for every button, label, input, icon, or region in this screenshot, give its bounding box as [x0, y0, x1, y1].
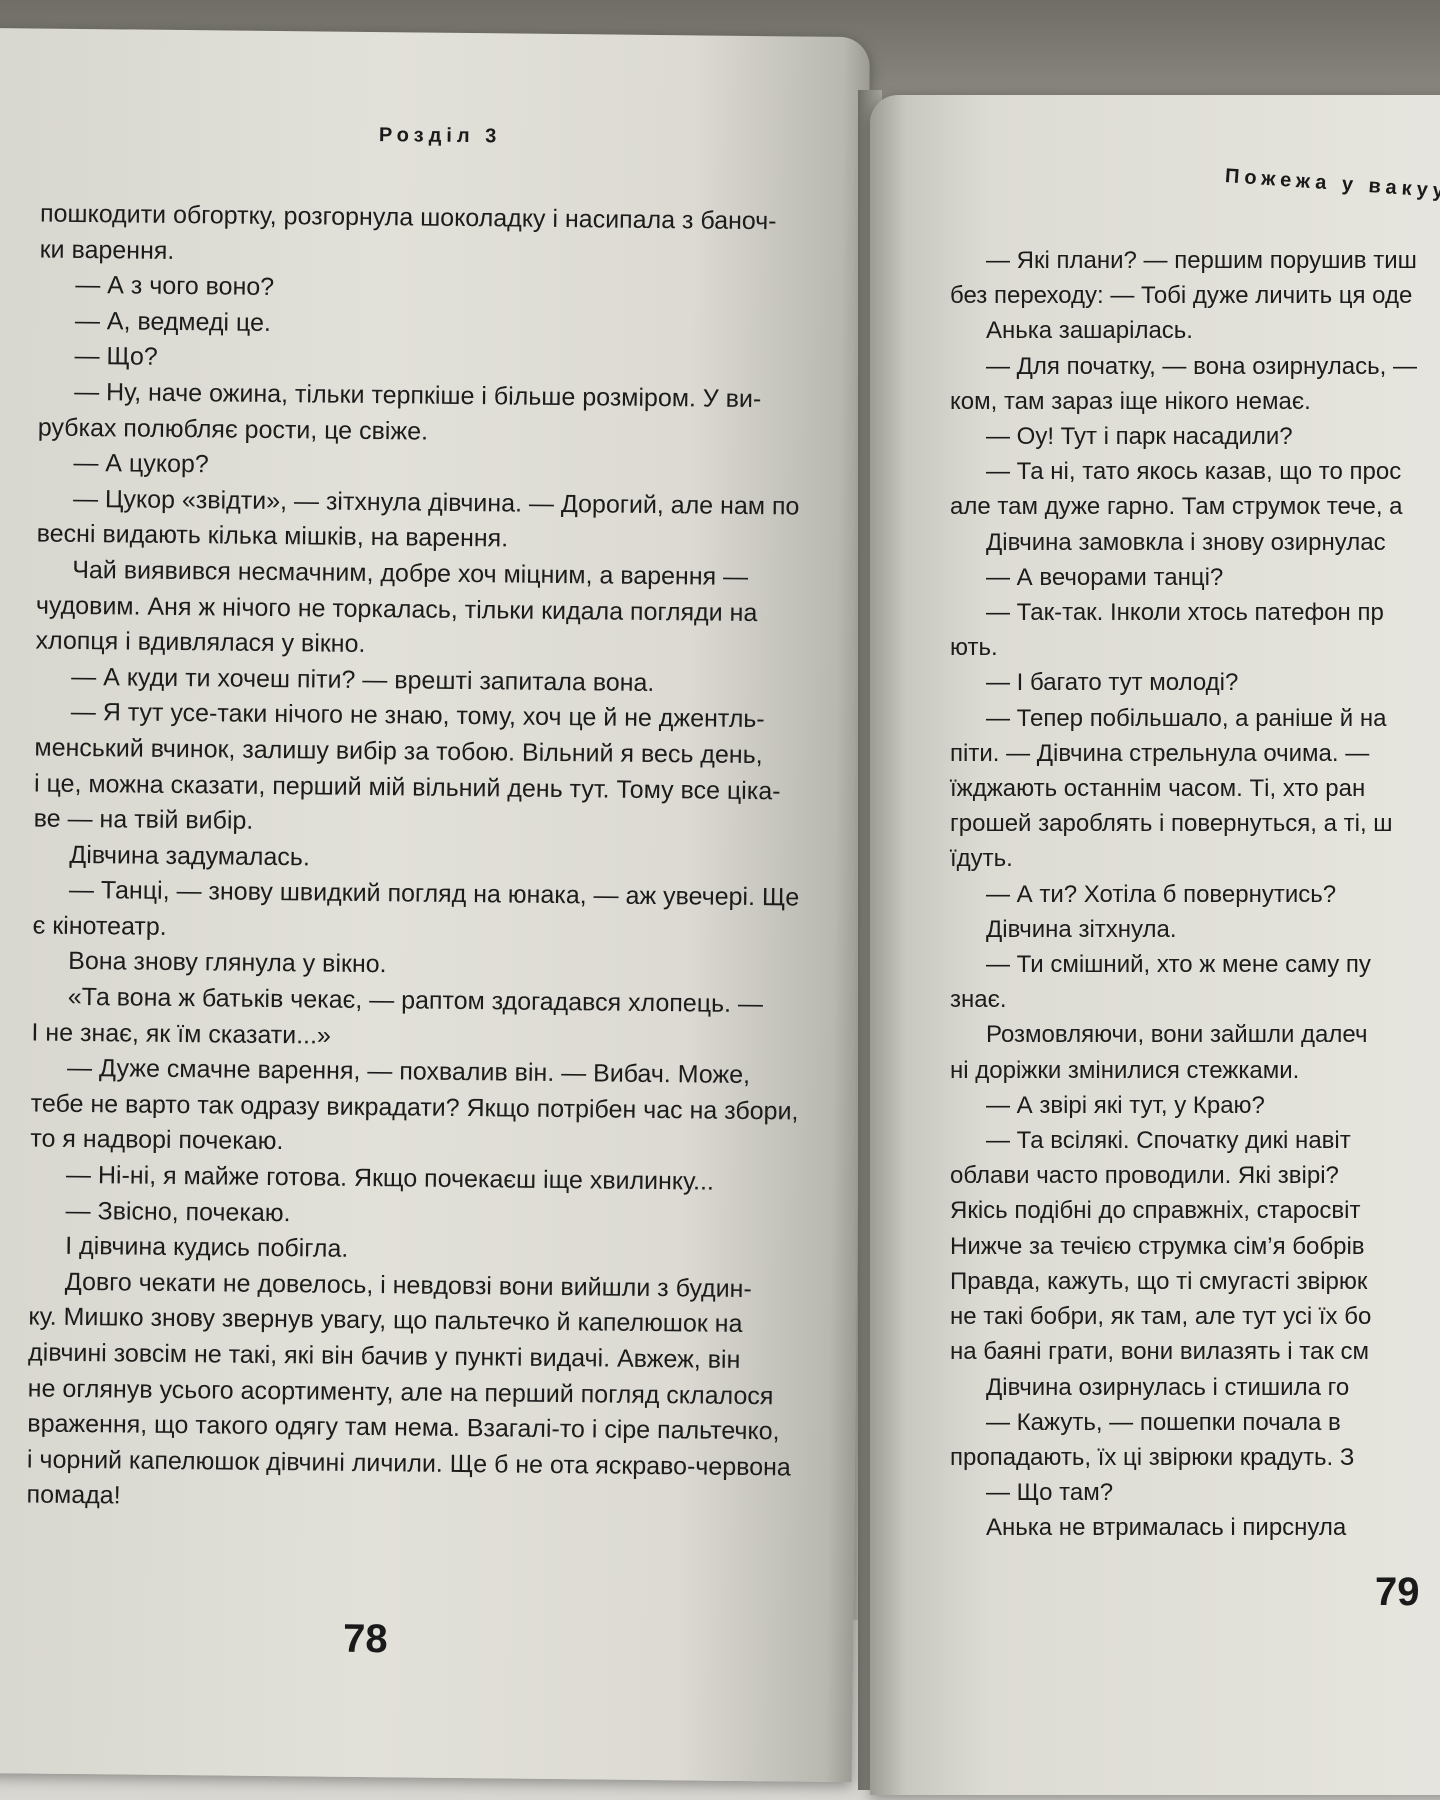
- text-line: — Які плани? — першим порушив тиш: [950, 243, 1440, 278]
- text-line: Розмовляючи, вони зайшли далеч: [950, 1017, 1440, 1052]
- text-line: облави часто проводили. Які звірі?: [950, 1158, 1440, 1193]
- text-line: піти. — Дівчина стрельнула очима. —: [950, 736, 1440, 771]
- running-head-left: Розділ 3: [379, 124, 502, 148]
- right-page: Пожежа у вакуу — Які плани? — першим пор…: [870, 95, 1440, 1795]
- text-line: їдуть.: [950, 841, 1440, 876]
- text-line: Дівчина зітхнула.: [950, 912, 1440, 947]
- text-line: — Оу! Тут і парк насадили?: [950, 419, 1440, 454]
- text-line: Нижче за течією струмка сім’я бобрів: [950, 1229, 1440, 1264]
- text-line: пропадають, їх ці звірюки крадуть. З: [950, 1440, 1440, 1475]
- text-line: Якісь подібні до справжніх, старосвіт: [950, 1193, 1440, 1228]
- page-number-right: 79: [1375, 1570, 1420, 1615]
- text-line: Правда, кажуть, що ті смугасті звірюк: [950, 1264, 1440, 1299]
- text-line: на баяні грати, вони вилазять і так см: [950, 1334, 1440, 1369]
- text-line: — Та всілякі. Спочатку дикі навіт: [950, 1123, 1440, 1158]
- text-line: ні доріжки змінилися стежками.: [950, 1053, 1440, 1088]
- text-line: — Так-так. Інколи хтось патефон пр: [950, 595, 1440, 630]
- text-line: Дівчина замовкла і знову озирнулас: [950, 525, 1440, 560]
- running-head-right: Пожежа у вакуу: [1224, 165, 1440, 204]
- text-line: — Ти смішний, хто ж мене саму пу: [950, 947, 1440, 982]
- text-line: — А ти? Хотіла б повернутись?: [950, 877, 1440, 912]
- text-line: грошей зароблять і повернуться, а ті, ш: [950, 806, 1440, 841]
- text-line: не такі бобри, як там, але тут усі їх бо: [950, 1299, 1440, 1334]
- left-page: Розділ 3 пошкодити обгортку, розгорнула …: [0, 28, 870, 1782]
- text-line: — Що там?: [950, 1475, 1440, 1510]
- text-line: — А звірі які тут, у Краю?: [950, 1088, 1440, 1123]
- text-line: знає.: [950, 982, 1440, 1017]
- right-page-text: — Які плани? — першим порушив тишбез пер…: [950, 243, 1440, 1546]
- text-line: — А вечорами танці?: [950, 560, 1440, 595]
- text-line: але там дуже гарно. Там струмок тече, а: [950, 489, 1440, 524]
- text-line: — Кажуть, — пошепки почала в: [950, 1405, 1440, 1440]
- text-line: — Для початку, — вона озирнулась, —: [950, 349, 1440, 384]
- left-page-text: пошкодити обгортку, розгорнула шоколадку…: [26, 197, 840, 1522]
- text-line: Анька зашарілась.: [950, 313, 1440, 348]
- text-line: — Тепер побільшало, а раніше й на: [950, 701, 1440, 736]
- text-line: Дівчина озирнулась і стишила го: [950, 1370, 1440, 1405]
- text-line: — Та ні, тато якось казав, що то прос: [950, 454, 1440, 489]
- text-line: Анька не втрималась і пирснула: [950, 1510, 1440, 1545]
- text-line: без переходу: — Тобі дуже личить ця оде: [950, 278, 1440, 313]
- page-number-left: 78: [343, 1617, 388, 1662]
- text-line: — І багато тут молоді?: [950, 665, 1440, 700]
- text-line: їжджають останнім часом. Ті, хто ран: [950, 771, 1440, 806]
- text-line: ють.: [950, 630, 1440, 665]
- text-line: ком, там зараз іще нікого немає.: [950, 384, 1440, 419]
